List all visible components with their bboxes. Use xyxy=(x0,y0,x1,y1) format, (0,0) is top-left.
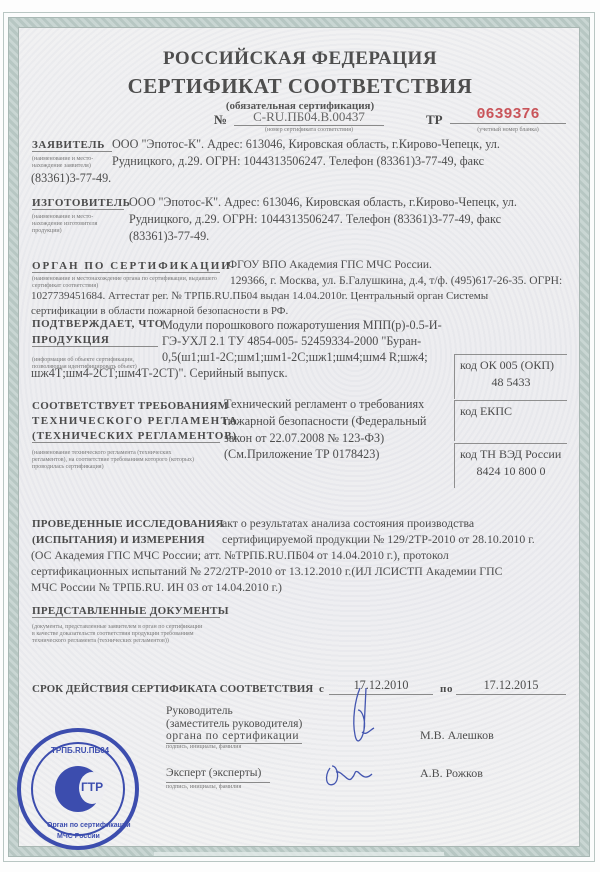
okp-code-value: 48 5433 xyxy=(455,375,567,390)
certificate-number-caption: (номер сертификата соответствия) xyxy=(234,127,384,134)
tests-label-2: (ИСПЫТАНИЯ) И ИЗМЕРЕНИЯ xyxy=(32,534,205,546)
head-title-line-3: органа по сертификации xyxy=(166,730,302,744)
manufacturer-line-2: Рудницкого, д.29. ОГРН: 1044313506247. Т… xyxy=(129,212,501,228)
expert-label: Эксперт (эксперты) xyxy=(166,766,270,783)
tests-label-1: ПРОВЕДЕННЫЕ ИССЛЕДОВАНИЯ xyxy=(32,518,224,530)
certification-body-label: ОРГАН ПО СЕРТИФИКАЦИИ xyxy=(32,260,220,273)
certification-body-line-1: ФГОУ ВПО Академия ГПС МЧС России. xyxy=(228,258,432,274)
validity-label: СРОК ДЕЙСТВИЯ СЕРТИФИКАТА СООТВЕТСТВИЯ xyxy=(32,683,313,695)
compliance-label-1: СООТВЕТСТВУЕТ ТРЕБОВАНИЯМ xyxy=(32,400,228,412)
head-name: М.В. Алешков xyxy=(420,728,494,744)
certification-body-caption: (наименование и местонахождение органа п… xyxy=(32,276,222,290)
manufacturer-caption: (наименование и место-нахождение изготов… xyxy=(32,214,112,235)
ekps-code-box: код ЕКПС xyxy=(454,400,567,441)
stamp-bottom-text: МЧС России xyxy=(57,833,100,840)
country-title: РОССИЙСКАЯ ФЕДЕРАЦИЯ xyxy=(0,48,600,70)
okp-code-label: код ОК 005 (ОКП) xyxy=(455,355,567,373)
tests-line-4: сертификационных испытаний № 272/2ТР-201… xyxy=(31,564,503,580)
stamp-inner-text: Орган по сертификации xyxy=(47,822,131,829)
head-title-line-2: (заместитель руководителя) xyxy=(166,718,302,731)
documents-label: ПРЕДСТАВЛЕННЫЕ ДОКУМЕНТЫ xyxy=(32,605,220,618)
tests-line-5: МЧС России № ТРПБ.RU. ИН 03 от 14.04.201… xyxy=(31,580,282,596)
manufacturer-line-1: ООО "Эпотос-К". Адрес: 613046, Кировская… xyxy=(129,195,517,211)
applicant-line-1: ООО "Эпотос-К". Адрес: 613046, Кировская… xyxy=(112,137,500,153)
product-line-4: шж4Т;шм4-2СТ;шм4Т-2СТ)". Серийный выпуск… xyxy=(31,366,288,382)
ekps-code-label: код ЕКПС xyxy=(455,401,567,419)
certification-body-line-2: 129366, г. Москва, ул. Б.Галушкина, д.4,… xyxy=(230,274,562,290)
signature-marks xyxy=(300,680,420,800)
stamp-top-text: ТРПБ.RU.ПБ04 xyxy=(51,746,109,755)
applicant-line-3: (83361)3-77-49. xyxy=(31,171,111,187)
manufacturer-label: ИЗГОТОВИТЕЛЬ xyxy=(32,197,124,210)
tnved-code-value: 8424 10 800 0 xyxy=(455,464,567,479)
number-sign: № xyxy=(214,112,227,128)
head-signature-caption: подпись, инициалы, фамилия xyxy=(166,744,241,751)
applicant-label: ЗАЯВИТЕЛЬ xyxy=(32,139,112,152)
official-stamp: ГТР ТРПБ.RU.ПБ04 Орган по сертификации М… xyxy=(17,728,139,850)
product-line-1: Модули порошкового пожаротушения МПП(р)-… xyxy=(162,318,442,334)
expert-name: А.В. Рожков xyxy=(420,766,483,782)
manufacturer-line-3: (83361)3-77-49. xyxy=(129,229,209,245)
compliance-line-1: Технический регламент о требованиях xyxy=(224,397,424,413)
tnved-code-box: код ТН ВЭД России 8424 10 800 0 xyxy=(454,443,567,488)
applicant-line-2: Рудницкого, д.29. ОГРН: 1044313506247. Т… xyxy=(112,154,484,170)
tnved-code-label: код ТН ВЭД России xyxy=(455,444,567,462)
compliance-line-3: закон от 22.07.2008 № 123-ФЗ) xyxy=(224,431,384,447)
head-title-line-1: Руководитель xyxy=(166,705,302,718)
blank-number-caption: (учетный номер бланка) xyxy=(450,127,566,134)
certificate-title: СЕРТИФИКАТ СООТВЕТСТВИЯ xyxy=(0,74,600,99)
okp-code-box: код ОК 005 (ОКП) 48 5433 xyxy=(454,354,567,399)
expert-signature-caption: подпись, инициалы, фамилия xyxy=(166,784,241,791)
compliance-label-2: ТЕХНИЧЕСКОГО РЕГЛАМЕНТА xyxy=(32,415,238,427)
certification-body-line-3: 1027739451684. Аттестат рег. № ТРПБ.RU.П… xyxy=(31,289,488,305)
product-label-1: ПОДТВЕРЖДАЕТ, ЧТО xyxy=(32,318,164,330)
product-line-3: 0,5(ш1;ш1-2С;шм1;шм1-2С;шж1;шм4;шм4 R;шж… xyxy=(162,350,428,366)
validity-to-date: 17.12.2015 xyxy=(456,678,566,695)
documents-caption: (документы, представленные заявителем в … xyxy=(32,624,204,645)
head-title: Руководитель (заместитель руководителя) … xyxy=(166,705,302,744)
tests-line-3: (ОС Академия ГПС МЧС России; атт. №ТРПБ.… xyxy=(31,548,449,564)
product-line-2: ГЭ-УХЛ 2.1 ТУ 4854-005- 52459334-2000 "Б… xyxy=(162,334,421,350)
footer-printer-strip xyxy=(154,852,444,856)
product-label-2: ПРОДУКЦИЯ xyxy=(32,334,158,347)
compliance-caption: (наименование технического регламента (т… xyxy=(32,450,208,471)
tests-line-1: акт о результатах анализа состояния прои… xyxy=(222,516,474,532)
tests-line-2: сертифицируемой продукции № 129/2ТР-2010… xyxy=(222,532,535,548)
compliance-line-4: (См.Приложение ТР 0178423) xyxy=(224,447,379,463)
stamp-center-text: ГТР xyxy=(81,780,103,794)
tr-label: ТР xyxy=(426,112,443,128)
validity-to-label: по xyxy=(440,683,453,695)
compliance-label-3: (ТЕХНИЧЕСКИХ РЕГЛАМЕНТОВ) xyxy=(32,430,220,443)
certificate-number: C-RU.ПБ04.В.00437 xyxy=(234,109,384,126)
compliance-line-2: пожарной безопасности (Федеральный xyxy=(224,414,426,430)
blank-number: 0639376 xyxy=(450,106,566,124)
applicant-caption: (наименование и место-нахождение заявите… xyxy=(32,156,110,170)
